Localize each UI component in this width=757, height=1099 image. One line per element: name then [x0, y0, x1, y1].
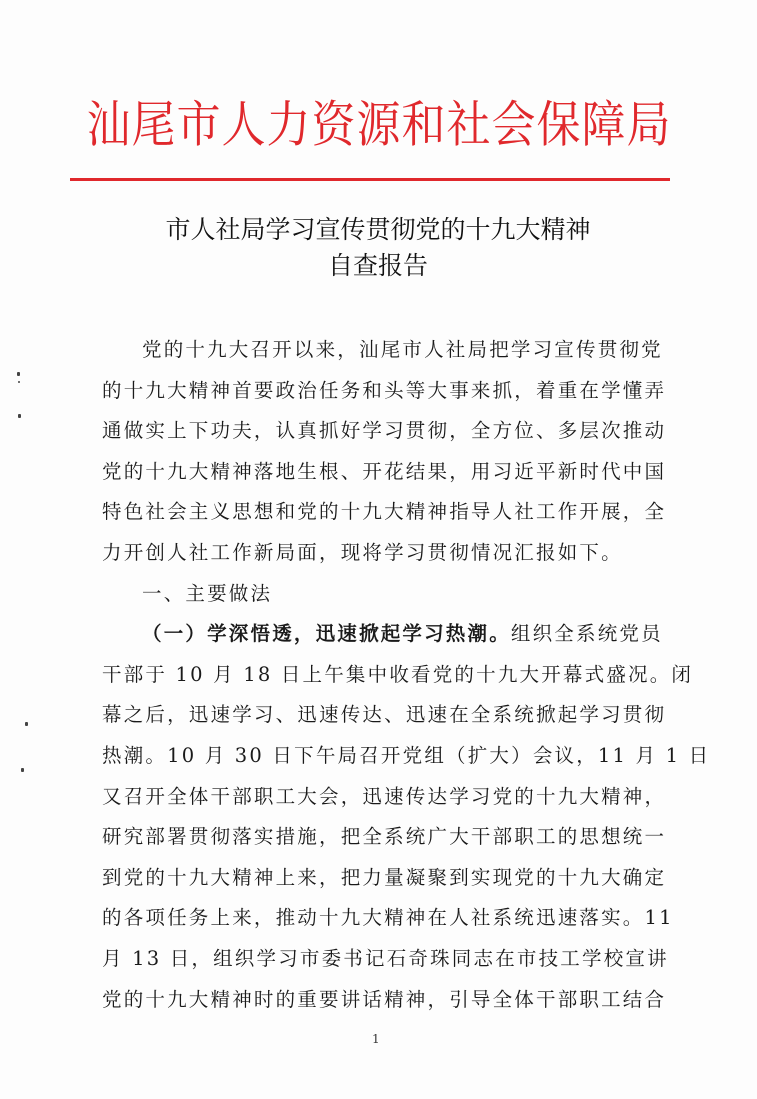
- document-body: 党的十九大召开以来，汕尾市人社局把学习宣传贯彻党 的十九大精神首要政治任务和头等…: [102, 330, 670, 1020]
- body-line: 幕之后，迅速学习、迅速传达、迅速在全系统掀起学习贯彻: [102, 695, 670, 736]
- body-line: 党的十九大召开以来，汕尾市人社局把学习宣传贯彻党: [102, 330, 670, 371]
- scan-mark: [21, 768, 24, 772]
- scan-mark: [25, 722, 28, 726]
- document-title-line-1: 市人社局学习宣传贯彻党的十九大精神: [78, 212, 678, 248]
- body-line: 党的十九大精神时的重要讲话精神，引导全体干部职工结合: [102, 980, 670, 1021]
- body-line: 研究部署贯彻落实措施，把全系统广大干部职工的思想统一: [102, 817, 670, 858]
- body-line: 到党的十九大精神上来，把力量凝聚到实现党的十九大确定: [102, 858, 670, 899]
- document-page: 汕尾市人力资源和社会保障局 市人社局学习宣传贯彻党的十九大精神 自查报告 党的十…: [0, 0, 757, 1099]
- body-line: 力开创人社工作新局面，现将学习贯彻情况汇报如下。: [102, 533, 670, 574]
- body-line-continuation: 组织全系统党员: [511, 622, 663, 645]
- body-line: 党的十九大精神落地生根、开花结果，用习近平新时代中国: [102, 452, 670, 493]
- section-heading: 一、主要做法: [102, 574, 670, 615]
- scan-mark: [18, 381, 20, 383]
- body-line: 的各项任务上来，推动十九大精神在人社系统迅速落实。11: [102, 898, 670, 939]
- letterhead-red-rule: [70, 178, 670, 181]
- body-line: 月 13 日，组织学习市委书记石奇珠同志在市技工学校宣讲: [102, 939, 670, 980]
- subsection-heading-line: （一）学深悟透，迅速掀起学习热潮。组织全系统党员: [102, 614, 670, 655]
- document-title: 市人社局学习宣传贯彻党的十九大精神 自查报告: [78, 212, 678, 284]
- letterhead-organization-name: 汕尾市人力资源和社会保障局: [84, 92, 674, 159]
- body-line: 又召开全体干部职工大会，迅速传达学习党的十九大精神，: [102, 777, 670, 818]
- body-line: 热潮。10 月 30 日下午局召开党组（扩大）会议，11 月 1 日: [102, 736, 670, 777]
- body-line: 通做实上下功夫，认真抓好学习贯彻，全方位、多层次推动: [102, 411, 670, 452]
- page-number: 1: [372, 1032, 380, 1046]
- body-line: 干部于 10 月 18 日上午集中收看党的十九大开幕式盛况。闭: [102, 655, 670, 696]
- subsection-heading: （一）学深悟透，迅速掀起学习热潮。: [142, 622, 511, 645]
- scan-mark: [17, 372, 20, 376]
- scan-mark: [18, 414, 21, 418]
- body-line: 特色社会主义思想和党的十九大精神指导人社工作开展，全: [102, 492, 670, 533]
- body-line: 的十九大精神首要政治任务和头等大事来抓，着重在学懂弄: [102, 371, 670, 412]
- document-title-line-2: 自查报告: [78, 248, 678, 284]
